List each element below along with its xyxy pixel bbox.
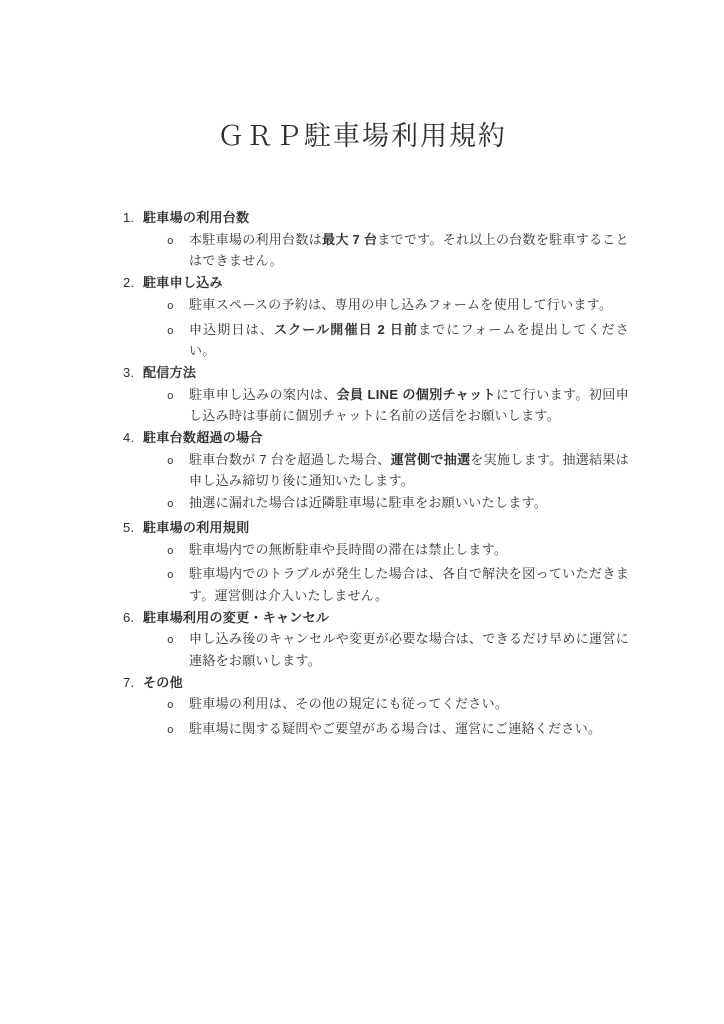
bullet-text: 駐車場内でのトラブルが発生した場合は、各自で解決を図っていただきます。運営側は介… — [189, 563, 629, 606]
rule-item: 4.駐車台数超過の場合o駐車台数が 7 台を超過した場合、運営側で抽選を実施しま… — [123, 427, 629, 517]
rule-title-text: 駐車場の利用台数 — [143, 207, 249, 229]
bullet-text-segment: 申込期日は、 — [189, 322, 274, 337]
rule-bullet: o駐車場の利用は、その他の規定にも従ってください。 — [123, 693, 629, 718]
rule-title-text: 駐車台数超過の場合 — [143, 427, 263, 449]
rule-number: 4. — [123, 427, 143, 449]
rule-bullet: o申し込み後のキャンセルや変更が必要な場合は、できるだけ早めに運営に連絡をお願い… — [123, 628, 629, 671]
bullet-text: 駐車台数が 7 台を超過した場合、運営側で抽選を実施します。抽選結果は申し込み締… — [189, 449, 629, 492]
rule-heading: 3.配信方法 — [123, 362, 629, 384]
rule-bullet: o駐車場に関する疑問やご要望がある場合は、運営にご連絡ください。 — [123, 718, 629, 743]
rule-item: 3.配信方法o駐車申し込みの案内は、会員 LINE の個別チャットにて行います。… — [123, 362, 629, 427]
bullet-text-segment: 申し込み後のキャンセルや変更が必要な場合は、できるだけ早めに運営に連絡をお願いし… — [189, 631, 629, 668]
bullet-marker: o — [167, 696, 189, 718]
bullet-text-segment: 駐車場に関する疑問やご要望がある場合は、運営にご連絡ください。 — [189, 721, 601, 736]
rule-bullet: o本駐車場の利用台数は最大 7 台までです。それ以上の台数を駐車することはできま… — [123, 229, 629, 272]
rule-bullets: o駐車場内での無断駐車や長時間の滞在は禁止します。o駐車場内でのトラブルが発生し… — [123, 539, 629, 607]
rule-title-text: 駐車申し込み — [143, 272, 223, 294]
rule-bullets: o駐車台数が 7 台を超過した場合、運営側で抽選を実施します。抽選結果は申し込み… — [123, 449, 629, 517]
rule-title-text: 駐車場利用の変更・キャンセル — [143, 607, 329, 629]
rule-item: 6.駐車場利用の変更・キャンセルo申し込み後のキャンセルや変更が必要な場合は、で… — [123, 607, 629, 672]
rule-item: 5.駐車場の利用規則o駐車場内での無断駐車や長時間の滞在は禁止します。o駐車場内… — [123, 517, 629, 607]
rule-number: 7. — [123, 672, 143, 694]
rule-number: 2. — [123, 272, 143, 294]
bullet-marker: o — [167, 387, 189, 409]
rule-number: 1. — [123, 207, 143, 229]
rule-bullet: o駐車スペースの予約は、専用の申し込みフォームを使用して行います。 — [123, 294, 629, 319]
rule-bullets: o本駐車場の利用台数は最大 7 台までです。それ以上の台数を駐車することはできま… — [123, 229, 629, 272]
bullet-marker: o — [167, 721, 189, 743]
document-title: ＧＲＰ駐車場利用規約 — [0, 114, 724, 153]
bullet-text: 駐車場に関する疑問やご要望がある場合は、運営にご連絡ください。 — [189, 718, 629, 740]
bullet-text-segment: 駐車申し込みの案内は、 — [189, 387, 337, 402]
bullet-text-segment: 駐車スペースの予約は、専用の申し込みフォームを使用して行います。 — [189, 297, 612, 312]
bullet-text-segment: 駐車場内での無断駐車や長時間の滞在は禁止します。 — [189, 542, 507, 557]
rule-number: 5. — [123, 517, 143, 539]
bullet-marker: o — [167, 495, 189, 517]
rule-title-text: 駐車場の利用規則 — [143, 517, 249, 539]
rule-item: 1.駐車場の利用台数o本駐車場の利用台数は最大 7 台までです。それ以上の台数を… — [123, 207, 629, 272]
bullet-marker: o — [167, 631, 189, 653]
rule-bullet: o駐車申し込みの案内は、会員 LINE の個別チャットにて行います。初回申し込み… — [123, 384, 629, 427]
bullet-text-segment: 駐車場の利用は、その他の規定にも従ってください。 — [189, 696, 508, 711]
bullet-text-bold-segment: 会員 LINE の個別チャット — [337, 387, 496, 402]
bullet-text: 本駐車場の利用台数は最大 7 台までです。それ以上の台数を駐車することはできませ… — [189, 229, 629, 272]
rule-bullet: o申込期日は、スクール開催日 2 日前までにフォームを提出してください。 — [123, 319, 629, 362]
bullet-marker: o — [167, 297, 189, 319]
rule-heading: 1.駐車場の利用台数 — [123, 207, 629, 229]
rule-bullets: o駐車スペースの予約は、専用の申し込みフォームを使用して行います。o申込期日は、… — [123, 294, 629, 362]
bullet-marker: o — [167, 232, 189, 254]
bullet-marker: o — [167, 452, 189, 474]
rule-heading: 4.駐車台数超過の場合 — [123, 427, 629, 449]
rule-bullet: o駐車台数が 7 台を超過した場合、運営側で抽選を実施します。抽選結果は申し込み… — [123, 449, 629, 492]
bullet-text-segment: 駐車台数が 7 台を超過した場合、 — [189, 452, 391, 467]
rule-number: 3. — [123, 362, 143, 384]
rule-bullets: o駐車申し込みの案内は、会員 LINE の個別チャットにて行います。初回申し込み… — [123, 384, 629, 427]
bullet-text: 駐車場の利用は、その他の規定にも従ってください。 — [189, 693, 629, 715]
bullet-text: 抽選に漏れた場合は近隣駐車場に駐車をお願いいたします。 — [189, 492, 629, 514]
bullet-text-bold-segment: 最大 7 台 — [322, 232, 377, 247]
rule-heading: 2.駐車申し込み — [123, 272, 629, 294]
bullet-text: 駐車申し込みの案内は、会員 LINE の個別チャットにて行います。初回申し込み時… — [189, 384, 629, 427]
bullet-text: 駐車スペースの予約は、専用の申し込みフォームを使用して行います。 — [189, 294, 629, 316]
bullet-text: 駐車場内での無断駐車や長時間の滞在は禁止します。 — [189, 539, 629, 561]
rules-list: 1.駐車場の利用台数o本駐車場の利用台数は最大 7 台までです。それ以上の台数を… — [123, 207, 629, 743]
rule-heading: 6.駐車場利用の変更・キャンセル — [123, 607, 629, 629]
rule-bullet: o駐車場内での無断駐車や長時間の滞在は禁止します。 — [123, 539, 629, 564]
bullet-text-bold-segment: スクール開催日 2 日前 — [274, 322, 418, 337]
bullet-text-segment: 本駐車場の利用台数は — [189, 232, 322, 247]
rule-bullets: o駐車場の利用は、その他の規定にも従ってください。o駐車場に関する疑問やご要望が… — [123, 693, 629, 742]
rule-item: 2.駐車申し込みo駐車スペースの予約は、専用の申し込みフォームを使用して行います… — [123, 272, 629, 362]
bullet-marker: o — [167, 322, 189, 344]
rule-title-text: その他 — [143, 672, 183, 694]
bullet-marker: o — [167, 542, 189, 564]
bullet-text-segment: 抽選に漏れた場合は近隣駐車場に駐車をお願いいたします。 — [189, 495, 547, 510]
rule-heading: 5.駐車場の利用規則 — [123, 517, 629, 539]
rule-heading: 7.その他 — [123, 672, 629, 694]
rule-number: 6. — [123, 607, 143, 629]
rule-title-text: 配信方法 — [143, 362, 196, 384]
document-page: ＧＲＰ駐車場利用規約 1.駐車場の利用台数o本駐車場の利用台数は最大 7 台まで… — [0, 0, 724, 1024]
rule-bullet: o駐車場内でのトラブルが発生した場合は、各自で解決を図っていただきます。運営側は… — [123, 563, 629, 606]
bullet-text: 申し込み後のキャンセルや変更が必要な場合は、できるだけ早めに運営に連絡をお願いし… — [189, 628, 629, 671]
bullet-text: 申込期日は、スクール開催日 2 日前までにフォームを提出してください。 — [189, 319, 629, 362]
bullet-text-bold-segment: 運営側で抽選 — [391, 452, 471, 467]
rule-bullets: o申し込み後のキャンセルや変更が必要な場合は、できるだけ早めに運営に連絡をお願い… — [123, 628, 629, 671]
bullet-text-segment: 駐車場内でのトラブルが発生した場合は、各自で解決を図っていただきます。運営側は介… — [189, 566, 629, 603]
bullet-marker: o — [167, 566, 189, 588]
rule-bullet: o抽選に漏れた場合は近隣駐車場に駐車をお願いいたします。 — [123, 492, 629, 517]
rule-item: 7.その他o駐車場の利用は、その他の規定にも従ってください。o駐車場に関する疑問… — [123, 672, 629, 743]
